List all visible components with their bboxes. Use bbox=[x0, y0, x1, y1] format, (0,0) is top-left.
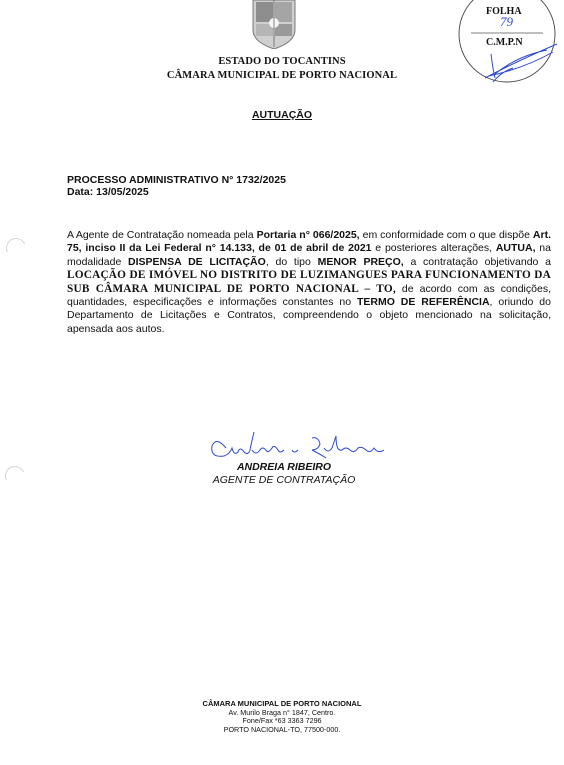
body-text: em conformidade com o que dispõe bbox=[360, 229, 533, 241]
body-text: a contratação objetivando a bbox=[404, 256, 551, 268]
process-date: Data: 13/05/2025 bbox=[67, 187, 286, 199]
body-text: A Agente de Contratação nomeada pela bbox=[67, 229, 257, 241]
body-portaria: Portaria n° 066/2025, bbox=[257, 229, 360, 241]
process-info: PROCESSO ADMINISTRATIVO N° 1732/2025 Dat… bbox=[67, 175, 286, 198]
process-number: PROCESSO ADMINISTRATIVO N° 1732/2025 bbox=[67, 175, 286, 187]
footer-city: PORTO NACIONAL-TO, 77500-000. bbox=[0, 726, 564, 734]
stamp-sheet-number: 79 bbox=[500, 14, 513, 30]
punch-hole-mark bbox=[3, 235, 29, 261]
body-paragraph: A Agente de Contratação nomeada pela Por… bbox=[67, 229, 551, 336]
signatory-name: ANDREIA RIBEIRO bbox=[0, 461, 564, 473]
body-text: e posteriores alterações, bbox=[372, 242, 496, 254]
signatory-role: AGENTE DE CONTRATAÇÃO bbox=[0, 474, 564, 486]
body-termo-referencia: TERMO DE REFERÊNCIA bbox=[357, 296, 490, 308]
body-type: MENOR PREÇO, bbox=[318, 256, 404, 268]
body-modality: DISPENSA DE LICITAÇÃO bbox=[128, 256, 266, 268]
municipal-crest-icon bbox=[251, 0, 297, 49]
stamp-label-cmpn: C.M.P.N bbox=[486, 37, 523, 48]
body-text: , do tipo bbox=[266, 256, 318, 268]
document-title: AUTUAÇÃO bbox=[0, 109, 564, 121]
body-autua: AUTUA, bbox=[496, 242, 536, 254]
